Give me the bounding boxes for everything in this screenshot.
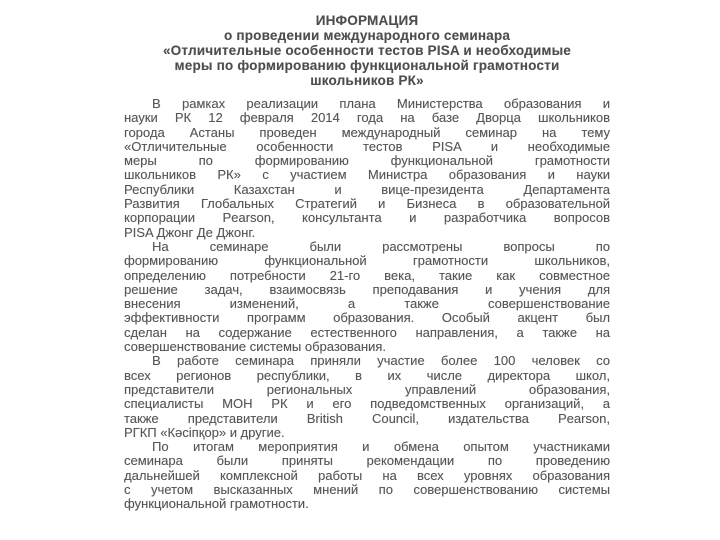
title-line: «Отличительные особенности тестов PISA и…: [124, 43, 610, 58]
text-line: эффективности программ образования. Особ…: [124, 311, 610, 325]
paragraph: По итогам мероприятия и обмена опытом уч…: [124, 440, 610, 511]
title-line: школьников РК»: [124, 73, 610, 88]
text-line: корпорации Pearson, консультанта и разра…: [124, 211, 610, 225]
text-line: По итогам мероприятия и обмена опытом уч…: [124, 440, 610, 454]
text-line: Развития Глобальных Стратегий и Бизнеса …: [124, 197, 610, 211]
text-line: совершенствование системы образования.: [124, 340, 610, 354]
text-line: «Отличительные особенности тестов PISA и…: [124, 140, 610, 154]
text-line: формированию функциональной грамотности …: [124, 254, 610, 268]
text-line: функциональной грамотности.: [124, 497, 610, 511]
text-line: семинара были приняты рекомендации по пр…: [124, 454, 610, 468]
text-line: РГКП «Кәсіпқор» и другие.: [124, 426, 610, 440]
text-line: внесения изменений, а также совершенство…: [124, 297, 610, 311]
text-line: На семинаре были рассмотрены вопросы по: [124, 240, 610, 254]
text-line: представители региональных управлений об…: [124, 383, 610, 397]
document-body: В рамках реализации плана Министерства о…: [124, 97, 610, 512]
text-line: PISA Джонг Де Джонг.: [124, 226, 610, 240]
text-line: меры по формированию функциональной грам…: [124, 154, 610, 168]
text-line: специалисты МОН РК и его подведомственны…: [124, 397, 610, 411]
text-line: науки РК 12 февраля 2014 года на базе Дв…: [124, 111, 610, 125]
text-line: с учетом высказанных мнений по совершенс…: [124, 483, 610, 497]
scanned-document-page: ИНФОРМАЦИЯ о проведении международного с…: [0, 0, 720, 540]
paragraph: В работе семинара приняли участие более …: [124, 354, 610, 440]
text-line: В работе семинара приняли участие более …: [124, 354, 610, 368]
title-line: меры по формированию функциональной грам…: [124, 58, 610, 73]
paragraph: На семинаре были рассмотрены вопросы поф…: [124, 240, 610, 354]
title-line: ИНФОРМАЦИЯ: [124, 13, 610, 28]
text-line: всех регионов республики, в их числе дир…: [124, 369, 610, 383]
text-line: школьников РК» с участием Министра образ…: [124, 168, 610, 182]
text-line: также представители British Council, изд…: [124, 412, 610, 426]
text-line: сделан на содержание естественного напра…: [124, 326, 610, 340]
document-content: ИНФОРМАЦИЯ о проведении международного с…: [124, 13, 610, 512]
text-line: решение задач, взаимосвязь преподавания …: [124, 283, 610, 297]
text-line: дальнейшей комплексной работы на всех ур…: [124, 469, 610, 483]
text-line: В рамках реализации плана Министерства о…: [124, 97, 610, 111]
paragraph: В рамках реализации плана Министерства о…: [124, 97, 610, 240]
title-line: о проведении международного семинара: [124, 28, 610, 43]
text-line: определению потребности 21-го века, таки…: [124, 269, 610, 283]
text-line: города Астаны проведен международный сем…: [124, 126, 610, 140]
text-line: Республики Казахстан и вице-президента Д…: [124, 183, 610, 197]
document-title: ИНФОРМАЦИЯ о проведении международного с…: [124, 13, 610, 88]
